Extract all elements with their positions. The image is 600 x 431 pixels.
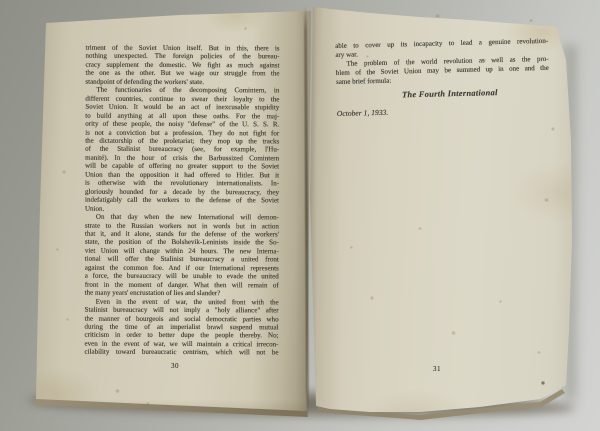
foxing-spot (529, 19, 533, 22)
foxing-spot (551, 127, 555, 131)
foxing-spot (544, 198, 549, 202)
foxing-spot (541, 381, 545, 385)
text-line: Stalinist bureaucracy will not imply a "… (85, 306, 279, 315)
text-line: cilability toward bureaucratic centrism,… (84, 348, 278, 357)
foxing-spot (537, 351, 541, 354)
formula-title: The Fourth International (336, 87, 549, 101)
text-line: a force, the bureaucracy will be unable … (85, 272, 279, 281)
foxing-spot (435, 14, 440, 18)
foxing-spot (66, 318, 69, 321)
right-page-paragraphs: able to cover up its incapacity to lead … (335, 37, 549, 88)
right-page: able to cover up its incapacity to lead … (303, 2, 581, 426)
text-line: indefatigably call the workers to the de… (85, 196, 279, 205)
open-book-photo: triment of the Soviet Union itself. But … (0, 0, 600, 431)
text-line: is otherwise with the revolutionary inte… (85, 179, 279, 188)
left-page-text: triment of the Soviet Union itself. But … (84, 44, 279, 357)
text-line: On that day when the new International w… (85, 213, 279, 222)
foxing-spot (244, 27, 247, 30)
foxing-spot (350, 246, 353, 249)
text-line: the many years' encrustation of lies and… (85, 289, 279, 298)
foxing-spot (451, 331, 456, 335)
text-line: tional will offer the Stalinist bureaucr… (85, 255, 279, 264)
foxing-spot (208, 58, 211, 60)
left-page-number: 30 (171, 362, 179, 370)
left-page: triment of the Soviet Union itself. But … (30, 8, 315, 420)
foxing-spot (62, 170, 66, 174)
foxing-spot (370, 296, 374, 300)
right-page-number: 31 (433, 365, 441, 373)
foxing-spot (418, 227, 422, 230)
text-line: ority of these people, the noisy "defens… (85, 120, 279, 129)
foxing-spot (366, 55, 369, 58)
foxing-spot (115, 389, 120, 393)
foxing-spot (499, 300, 502, 303)
foxing-spot (483, 59, 486, 62)
date-line: October 1, 1933. (337, 103, 550, 117)
text-line: Soviet Union. It would be an act of inex… (85, 103, 279, 112)
text-line: The functionaries of the decomposing Com… (85, 86, 279, 95)
foxing-spot (146, 402, 150, 405)
right-page-text: able to cover up its incapacity to lead … (335, 37, 550, 118)
foxing-spot (56, 248, 59, 251)
